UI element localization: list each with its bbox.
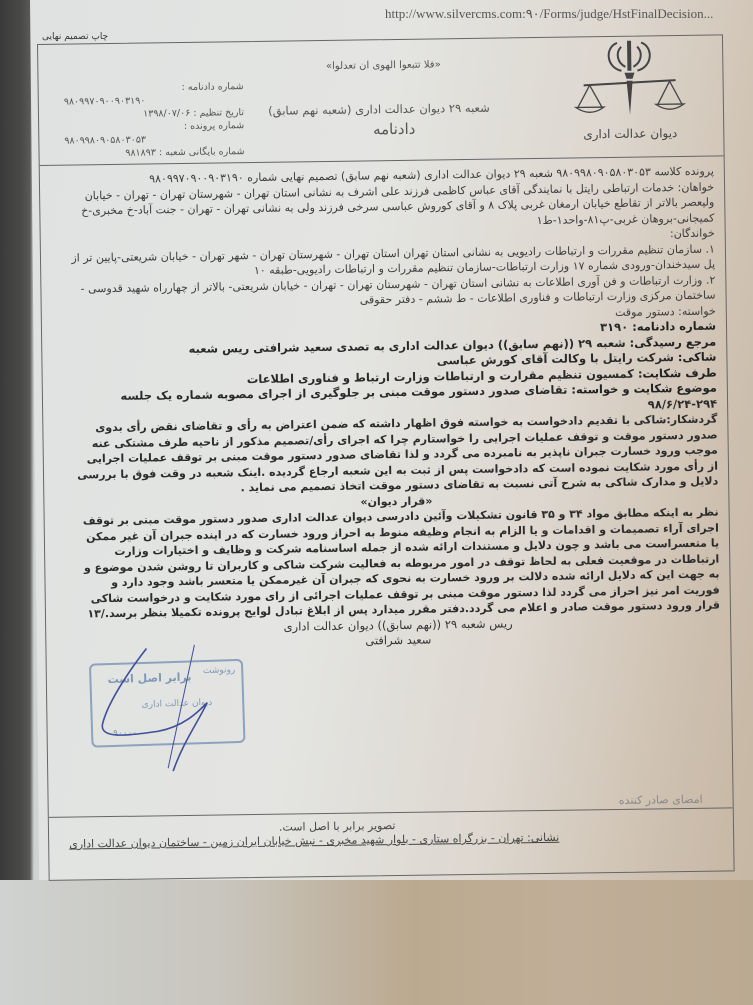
field-value: شرکت رایتل با وکالت آقای کورش عباسی — [437, 350, 674, 367]
meta-value-case-number: ۹۸۰۹۹۸۰۹۰۵۸۰۳۰۵۳ — [64, 132, 244, 148]
stamp-line-4: ۹۰۰۰۰ — [113, 728, 137, 739]
meta-label-archive-number: شماره بایگانی شعبه : — [159, 146, 245, 158]
meta-value-date: ۱۳۹۸/۰۷/۰۶ — [143, 108, 190, 120]
court-branch: شعبه ۲۹ دیوان عدالت اداری (شعبه نهم سابق… — [239, 100, 519, 118]
document-meta: شماره دادنامه : ۹۸۰۹۹۷۰۹۰۰۹۰۳۱۹۰ تاریخ ت… — [64, 80, 245, 161]
meta-label-decision-number: شماره دادنامه : — [182, 81, 244, 93]
meta-value-decision-number: ۹۸۰۹۹۷۰۹۰۰۹۰۳۱۹۰ — [64, 93, 244, 109]
scales-of-justice-icon — [569, 36, 690, 126]
meta-label-date: تاریخ تنظیم : — [193, 107, 244, 119]
field-label: شاکی: — [678, 350, 717, 365]
stamp-line-1: رونوشت — [203, 665, 236, 676]
certified-copy-stamp: رونوشت برابر اصل است دیوان عدالت اداری ۹… — [89, 659, 246, 748]
stamp-line-2: برابر اصل است — [107, 670, 191, 686]
meta-value-archive-number: ۹۸۱۸۹۳ — [125, 147, 156, 158]
plaintiff-details: خواهان: خدمات ارتباطی رایتل با نمایندگی … — [70, 179, 715, 234]
document-footer: تصویر برابر با اصل است. نشانی: تهران - ب… — [49, 807, 734, 878]
ruling-text: نظر به اینکه مطابق مواد ۳۴ و ۳۵ قانون تش… — [75, 505, 720, 622]
decision-number-label: شماره دادنامه: — [632, 319, 716, 334]
document-body: پرونده کلاسه ۹۸۰۹۹۸۰۹۰۵۸۰۳۰۵۳ شعبه ۲۹ دی… — [70, 164, 721, 653]
stamp-line-3: دیوان عدالت اداری — [142, 698, 213, 710]
print-title: چاپ تصمیم نهایی — [42, 32, 108, 42]
browser-url: http://www.silvercms.com:۹۰/Forms/judge/… — [385, 6, 713, 22]
emblem-label: دیوان عدالت اداری — [565, 126, 695, 142]
field-label: مرجع رسیدگی: — [630, 334, 717, 349]
header-quote: «فلا تتبعوا الهوی ان تعدلوا» — [283, 59, 483, 73]
field-label: طرف شکایت: — [638, 365, 717, 380]
copy-certification: تصویر برابر با اصل است. — [279, 819, 396, 834]
issuer-signature-label: امضای صادر کننده — [619, 793, 703, 807]
document-frame: دیوان عدالت اداری «فلا تتبعوا الهوی ان ت… — [37, 34, 735, 880]
court-emblem: دیوان عدالت اداری — [564, 36, 696, 148]
case-summary: گردشکار:شاکی با تقدیم دادخواست به خواسته… — [73, 412, 718, 498]
document-title: دادنامه — [319, 119, 469, 139]
meta-label-case-number: شماره پرونده : — [184, 120, 244, 132]
decision-number-value: ۳۱۹۰ — [600, 320, 628, 334]
paper-bottom-shadow — [0, 880, 753, 1005]
field-label: موضوع شکایت و خواسته: — [571, 381, 717, 397]
document-header: دیوان عدالت اداری «فلا تتبعوا الهوی ان ت… — [38, 35, 724, 166]
court-address: نشانی: تهران - بزرگراه ستاری - بلوار شهی… — [69, 831, 559, 851]
